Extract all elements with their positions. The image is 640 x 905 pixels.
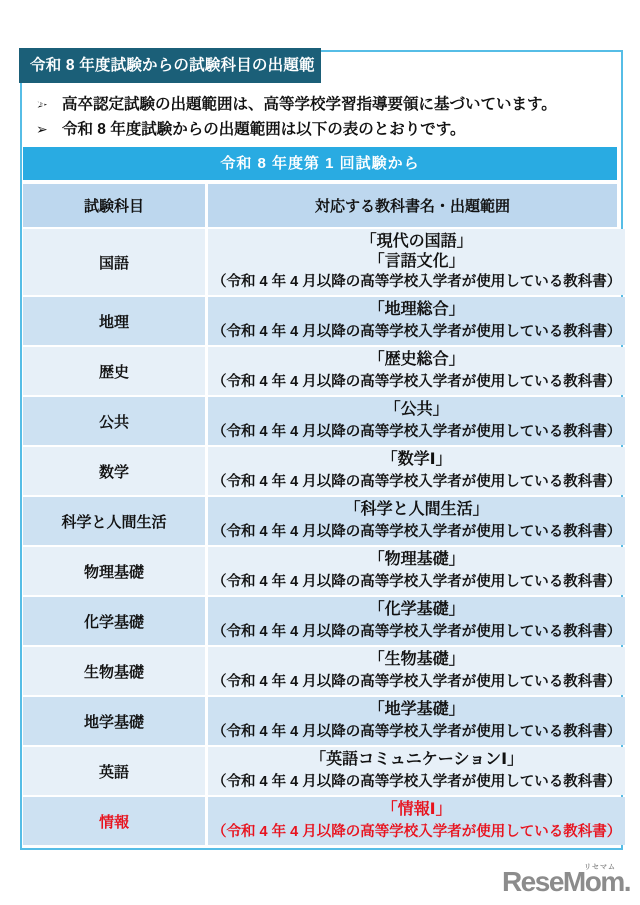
book-title-group: 「情報Ⅰ」 (382, 800, 452, 820)
book-title: 「地学基礎」 (369, 700, 465, 720)
table-row: 生物基礎「生物基礎」（令和 4 年 4 月以降の高等学校入学者が使用している教科… (23, 647, 617, 695)
table-row: 情報「情報Ⅰ」（令和 4 年 4 月以降の高等学校入学者が使用している教科書） (23, 797, 617, 845)
range-cell: 「物理基礎」（令和 4 年 4 月以降の高等学校入学者が使用している教科書） (208, 547, 625, 595)
book-note: （令和 4 年 4 月以降の高等学校入学者が使用している教科書） (212, 674, 621, 690)
range-cell: 「地学基礎」（令和 4 年 4 月以降の高等学校入学者が使用している教科書） (208, 697, 625, 745)
book-note: （令和 4 年 4 月以降の高等学校入学者が使用している教科書） (212, 474, 621, 490)
bullet-item: ➢ 高卒認定試験の出題範囲は、高等学校学習指導要領に基づいています。 (36, 92, 612, 117)
table-row: 公共「公共」（令和 4 年 4 月以降の高等学校入学者が使用している教科書） (23, 397, 617, 445)
book-title-group: 「地理総合」 (369, 300, 465, 320)
subject-cell: 公共 (23, 397, 205, 445)
bullet-item: ➢ 令和 8 年度試験からの出題範囲は以下の表のとおりです。 (36, 117, 612, 142)
range-column-header: 対応する教科書名・出題範囲 (208, 184, 617, 227)
range-cell: 「現代の国語」「言語文化」（令和 4 年 4 月以降の高等学校入学者が使用してい… (208, 229, 625, 295)
table-row: 英語「英語コミュニケーションⅠ」（令和 4 年 4 月以降の高等学校入学者が使用… (23, 747, 617, 795)
book-title-group: 「科学と人間生活」 (345, 500, 489, 520)
bullet-text: 高卒認定試験の出題範囲は、高等学校学習指導要領に基づいています。 (62, 92, 557, 117)
book-note: （令和 4 年 4 月以降の高等学校入学者が使用している教科書） (212, 574, 621, 590)
book-note: （令和 4 年 4 月以降の高等学校入学者が使用している教科書） (212, 774, 621, 790)
book-title: 「英語コミュニケーションⅠ」 (310, 750, 523, 770)
table-row: 歴史「歴史総合」（令和 4 年 4 月以降の高等学校入学者が使用している教科書） (23, 347, 617, 395)
subject-cell: 化学基礎 (23, 597, 205, 645)
logo-ruby-text: リセマム (584, 862, 616, 872)
book-title-group: 「歴史総合」 (369, 350, 465, 370)
table-row: 物理基礎「物理基礎」（令和 4 年 4 月以降の高等学校入学者が使用している教科… (23, 547, 617, 595)
exam-range-table: 令和 8 年度第 1 回試験から 試験科目 対応する教科書名・出題範囲 国語「現… (23, 147, 617, 847)
subject-cell: 情報 (23, 797, 205, 845)
book-title-group: 「生物基礎」 (369, 650, 465, 670)
subject-cell: 物理基礎 (23, 547, 205, 595)
range-cell: 「英語コミュニケーションⅠ」（令和 4 年 4 月以降の高等学校入学者が使用して… (208, 747, 625, 795)
table-banner: 令和 8 年度第 1 回試験から (23, 147, 617, 180)
range-cell: 「科学と人間生活」（令和 4 年 4 月以降の高等学校入学者が使用している教科書… (208, 497, 625, 545)
book-title: 「地理総合」 (369, 300, 465, 320)
table-row: 地理「地理総合」（令和 4 年 4 月以降の高等学校入学者が使用している教科書） (23, 297, 617, 345)
book-title: 「生物基礎」 (369, 650, 465, 670)
arrow-bullet-icon: ➢ (36, 117, 62, 142)
book-title: 「科学と人間生活」 (345, 500, 489, 520)
book-note: （令和 4 年 4 月以降の高等学校入学者が使用している教科書） (212, 724, 621, 740)
subject-cell: 科学と人間生活 (23, 497, 205, 545)
book-title: 「化学基礎」 (369, 600, 465, 620)
table-row: 科学と人間生活「科学と人間生活」（令和 4 年 4 月以降の高等学校入学者が使用… (23, 497, 617, 545)
book-title-group: 「化学基礎」 (369, 600, 465, 620)
book-title-group: 「英語コミュニケーションⅠ」 (310, 750, 523, 770)
book-title-group: 「地学基礎」 (369, 700, 465, 720)
table-header-row: 試験科目 対応する教科書名・出題範囲 (23, 184, 617, 227)
subject-cell: 英語 (23, 747, 205, 795)
book-title-group: 「現代の国語」「言語文化」 (361, 232, 473, 272)
book-note: （令和 4 年 4 月以降の高等学校入学者が使用している教科書） (212, 324, 621, 340)
subject-cell: 歴史 (23, 347, 205, 395)
book-title: 「情報Ⅰ」 (382, 800, 452, 820)
range-cell: 「情報Ⅰ」（令和 4 年 4 月以降の高等学校入学者が使用している教科書） (208, 797, 625, 845)
book-title-group: 「公共」 (385, 400, 449, 420)
book-note: （令和 4 年 4 月以降の高等学校入学者が使用している教科書） (212, 274, 621, 290)
subject-cell: 地学基礎 (23, 697, 205, 745)
book-title: 「現代の国語」 (361, 232, 473, 252)
subject-cell: 地理 (23, 297, 205, 345)
resemom-logo: リセマム ReseMom. (502, 866, 630, 898)
book-title-group: 「物理基礎」 (369, 550, 465, 570)
subject-column-header: 試験科目 (23, 184, 205, 227)
table-row: 地学基礎「地学基礎」（令和 4 年 4 月以降の高等学校入学者が使用している教科… (23, 697, 617, 745)
subject-cell: 国語 (23, 229, 205, 295)
range-cell: 「化学基礎」（令和 4 年 4 月以降の高等学校入学者が使用している教科書） (208, 597, 625, 645)
book-note: （令和 4 年 4 月以降の高等学校入学者が使用している教科書） (212, 374, 621, 390)
range-cell: 「公共」（令和 4 年 4 月以降の高等学校入学者が使用している教科書） (208, 397, 625, 445)
subject-cell: 数学 (23, 447, 205, 495)
bullet-list: ➢ 高卒認定試験の出題範囲は、高等学校学習指導要領に基づいています。 ➢ 令和 … (36, 92, 612, 142)
subject-cell: 生物基礎 (23, 647, 205, 695)
table-row: 化学基礎「化学基礎」（令和 4 年 4 月以降の高等学校入学者が使用している教科… (23, 597, 617, 645)
table-row: 国語「現代の国語」「言語文化」（令和 4 年 4 月以降の高等学校入学者が使用し… (23, 229, 617, 295)
book-note: （令和 4 年 4 月以降の高等学校入学者が使用している教科書） (212, 824, 621, 840)
range-cell: 「生物基礎」（令和 4 年 4 月以降の高等学校入学者が使用している教科書） (208, 647, 625, 695)
table-row: 数学「数学Ⅰ」（令和 4 年 4 月以降の高等学校入学者が使用している教科書） (23, 447, 617, 495)
table-body: 国語「現代の国語」「言語文化」（令和 4 年 4 月以降の高等学校入学者が使用し… (23, 229, 617, 845)
book-note: （令和 4 年 4 月以降の高等学校入学者が使用している教科書） (212, 424, 621, 440)
book-title: 「数学Ⅰ」 (382, 450, 452, 470)
book-note: （令和 4 年 4 月以降の高等学校入学者が使用している教科書） (212, 624, 621, 640)
book-title: 「歴史総合」 (369, 350, 465, 370)
book-note: （令和 4 年 4 月以降の高等学校入学者が使用している教科書） (212, 524, 621, 540)
range-cell: 「地理総合」（令和 4 年 4 月以降の高等学校入学者が使用している教科書） (208, 297, 625, 345)
range-cell: 「歴史総合」（令和 4 年 4 月以降の高等学校入学者が使用している教科書） (208, 347, 625, 395)
bullet-text: 令和 8 年度試験からの出題範囲は以下の表のとおりです。 (62, 117, 466, 142)
book-title: 「言語文化」 (369, 252, 465, 272)
range-cell: 「数学Ⅰ」（令和 4 年 4 月以降の高等学校入学者が使用している教科書） (208, 447, 625, 495)
book-title: 「公共」 (385, 400, 449, 420)
book-title: 「物理基礎」 (369, 550, 465, 570)
page-title: 令和 8 年度試験からの試験科目の出題範囲 (19, 48, 321, 83)
book-title-group: 「数学Ⅰ」 (382, 450, 452, 470)
